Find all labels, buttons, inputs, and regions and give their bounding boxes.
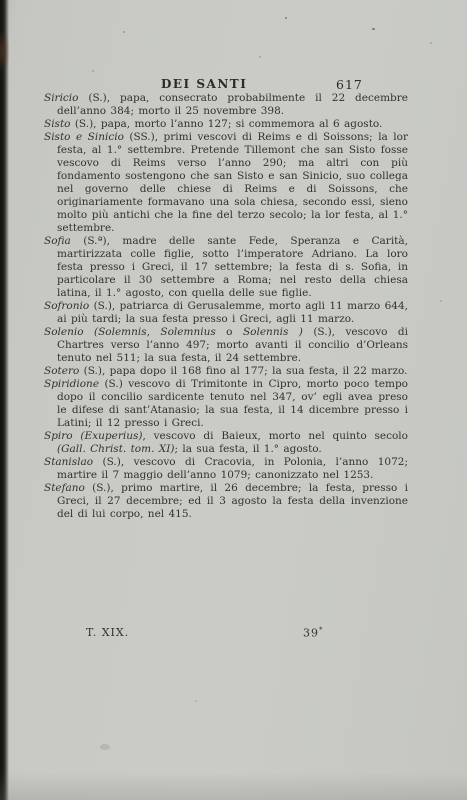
book-binding-edge [0,0,9,800]
dictionary-entry: Stefano (S.), primo martire, il 26 decem… [44,482,408,521]
scan-vignette [0,772,467,800]
scan-speckle [123,31,125,33]
scan-stain [100,744,110,750]
dictionary-entry: Sofronio (S.), patriarca di Gerusalemme,… [44,300,408,326]
dictionary-entry: Solenio (Solemnis, Solemnius o Solennis … [44,326,408,365]
page-footer: T. XIX. 39* [0,626,467,642]
tome-label: T. XIX. [86,626,129,639]
scan-speckle [440,300,442,302]
signature-mark: 39* [303,626,324,640]
dictionary-entry: Sotero (S.), papa dopo il 168 fino al 17… [44,365,408,378]
dictionary-entry: Spiro (Exuperius), vescovo di Baieux, mo… [44,430,408,456]
dictionary-entry: Sofia (S.ª), madre delle sante Fede, Spe… [44,235,408,300]
dictionary-entry: Stanislao (S.), vescovo di Cracovia, in … [44,456,408,482]
scan-speckle [430,42,432,44]
dictionary-entry: Sisto (S.), papa, morto l’anno 127; si c… [44,118,408,131]
dictionary-entry: Sisto e Sinicio (SS.), primi vescovi di … [44,131,408,235]
scan-speckle [259,56,261,58]
dictionary-entry: Spiridione (S.) vescovo di Trimitonte in… [44,378,408,430]
page-header: DEI SANTI 617 [0,77,467,93]
scanned-book-page: DEI SANTI 617 Siricio (S.), papa, consec… [0,0,467,800]
entries: Siricio (S.), papa, consecrato probabilm… [44,92,408,521]
scan-speckle [285,17,287,19]
page-number: 617 [336,77,363,92]
dictionary-entry: Siricio (S.), papa, consecrato probabilm… [44,92,408,118]
running-title: DEI SANTI [161,77,247,91]
binding-stain [0,28,10,74]
scan-speckle [195,700,197,702]
scan-speckle [372,28,375,30]
scan-speckle [92,70,94,72]
